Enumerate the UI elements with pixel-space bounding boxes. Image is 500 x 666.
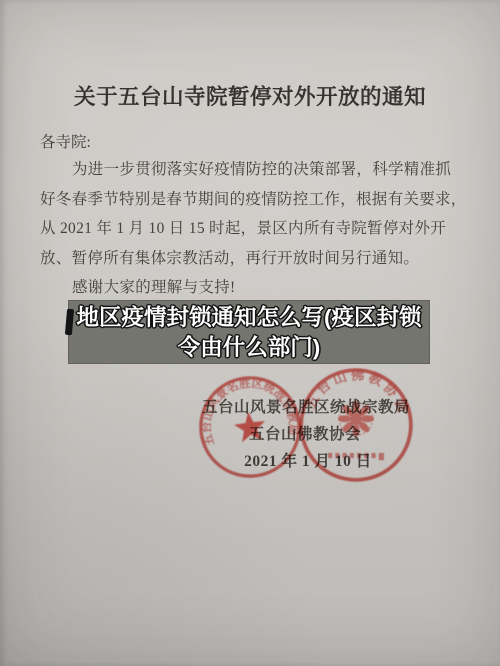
caption-overlay: 地区疫情封锁通知怎么写(疫区封锁 令由什么部门) <box>68 300 430 364</box>
body-line-2: 好冬春季节特别是春节期间的疫情防控工作，根据有关要求， <box>40 185 464 215</box>
body-line-1: 为进一步贯彻落实好疫情防控的决策部署，科学精准抓 <box>40 155 464 185</box>
star-icon <box>233 410 268 443</box>
notice-body: 为进一步贯彻落实好疫情防控的决策部署，科学精准抓 好冬春季节特别是春节期间的疫情… <box>40 155 464 303</box>
body-line-4: 放、暂停所有集体宗教活动，再行开放时间另行通知。 <box>40 244 464 274</box>
right-official-seal: 五台山佛教协会 <box>296 366 416 484</box>
notice-title: 关于五台山寺院暂停对外开放的通知 <box>0 80 500 111</box>
left-official-seal: 五台山风景名胜区统战宗教局 <box>191 367 309 487</box>
body-line-3: 从 2021 年 1 月 10 日 15 时起，景区内所有寺院暂停对外开 <box>40 214 464 244</box>
salutation: 各寺院: <box>40 130 91 152</box>
flower-emblem-icon <box>338 401 374 437</box>
photo-of-notice: 关于五台山寺院暂停对外开放的通知 各寺院: 为进一步贯彻落实好疫情防控的决策部署… <box>0 0 500 666</box>
caption-line-1: 地区疫情封锁通知怎么写(疫区封锁 <box>69 303 429 333</box>
body-line-5: 感谢大家的理解与支持! <box>40 273 464 303</box>
caption-line-2: 令由什么部门) <box>69 333 429 363</box>
right-seal-serial-marks <box>328 453 384 460</box>
